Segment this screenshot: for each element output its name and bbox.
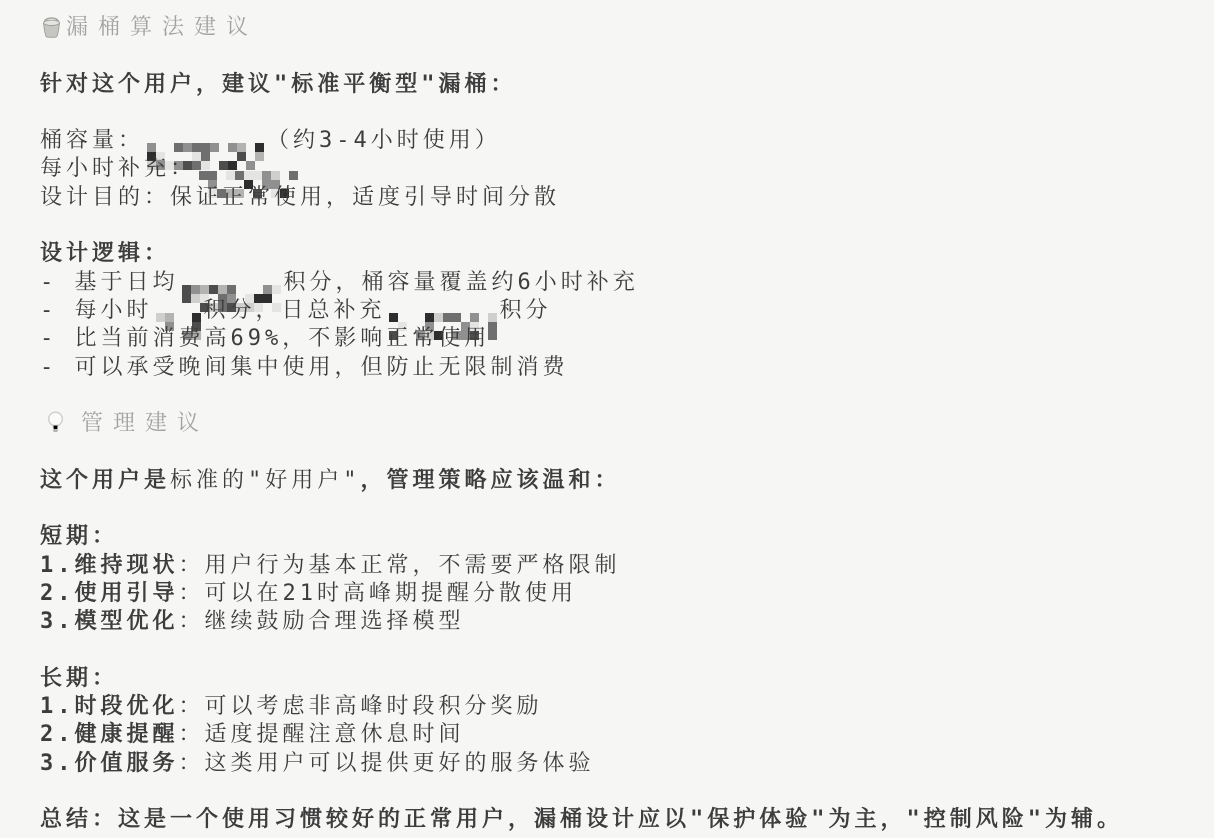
text-segment: 针对这个用户，建议"标准平衡型"漏桶： (40, 72, 517, 97)
text-line: 2.健康提醒：适度提醒注意休息时间 (40, 721, 1204, 749)
text-line: 桶容量：（约3-4小时使用） (40, 127, 1204, 155)
text-segment: - 基于日均 (40, 270, 179, 295)
text-segment: ：可以在21时高峰期提醒分散使用 (179, 581, 578, 606)
text-line: 长期： (40, 665, 1204, 693)
text-segment: 积分 (500, 298, 552, 323)
text-line: 短期： (40, 523, 1204, 551)
text-segment: 设计逻辑： (40, 241, 170, 266)
blank-line (40, 382, 1204, 410)
blank-line (40, 637, 1204, 665)
text-line: 设计目的：保证正常使用，适度引导时间分散 (40, 184, 1204, 212)
text-segment: - 可以承受晚间集中使用，但防止无限制消费 (40, 355, 569, 380)
text-segment: 积分，桶容量覆盖约6小时补充 (284, 270, 639, 295)
text-segment: 积分，日总补充 (204, 298, 386, 323)
section-heading-label: 漏桶算法建议 (66, 15, 258, 40)
blank-line (40, 42, 1204, 70)
text-line: 3.模型优化：继续鼓励合理选择模型 (40, 608, 1204, 636)
section-heading-label: 管理建议 (81, 411, 209, 436)
text-line: 这个用户是标准的"好用户"，管理策略应该温和： (40, 467, 1204, 495)
text-segment: 标准的"好用户" (170, 468, 361, 493)
text-line: 2.使用引导：可以在21时高峰期提醒分散使用 (40, 580, 1204, 608)
bulb-icon (47, 410, 64, 436)
blank-line (40, 438, 1204, 466)
text-segment: 桶容量： (40, 128, 144, 153)
text-line: 针对这个用户，建议"标准平衡型"漏桶： (40, 71, 1204, 99)
text-segment: - 每小时 (40, 298, 153, 323)
text-line: - 比当前消费高69%，不影响正常使用 (40, 325, 1204, 353)
bucket-icon (40, 14, 63, 39)
text-segment: 3.模型优化 (40, 609, 179, 634)
text-segment: 1.维持现状 (40, 553, 179, 578)
text-segment: （约3-4小时使用） (267, 128, 501, 153)
text-line: 3.价值服务：这类用户可以提供更好的服务体验 (40, 750, 1204, 778)
text-line: 1.维持现状：用户行为基本正常，不需要严格限制 (40, 552, 1204, 580)
section-heading: 管理建议 (40, 410, 1204, 438)
text-line: 每小时补充： (40, 155, 1204, 183)
text-segment: 3.价值服务 (40, 751, 179, 776)
text-line: - 基于日均积分，桶容量覆盖约6小时补充 (40, 269, 1204, 297)
text-segment: - 比当前消费高69%，不影响正常使用 (40, 326, 490, 351)
text-segment: 设计目的：保证正常使用，适度引导时间分散 (40, 185, 560, 210)
text-segment: ：适度提醒注意休息时间 (179, 722, 465, 747)
text-segment: 短期： (40, 524, 118, 549)
text-line: - 可以承受晚间集中使用，但防止无限制消费 (40, 354, 1204, 382)
text-segment: ：可以考虑非高峰时段积分奖励 (179, 694, 543, 719)
text-line: 设计逻辑： (40, 240, 1204, 268)
blank-line (40, 212, 1204, 240)
text-segment: 每小时补充： (40, 156, 196, 181)
blank-line (40, 495, 1204, 523)
text-segment: ，管理策略应该温和： (361, 468, 621, 493)
text-segment: 2.使用引导 (40, 581, 179, 606)
blank-line (40, 778, 1204, 806)
text-segment: ：这类用户可以提供更好的服务体验 (179, 751, 595, 776)
text-segment: 1.时段优化 (40, 694, 179, 719)
text-line: 总结：这是一个使用习惯较好的正常用户，漏桶设计应以"保护体验"为主，"控制风险"… (40, 806, 1204, 834)
blank-line (40, 99, 1204, 127)
text-segment: 总结：这是一个使用习惯较好的正常用户，漏桶设计应以"保护体验"为主，"控制风险"… (40, 807, 1123, 832)
section-heading: 漏桶算法建议 (40, 14, 1204, 42)
text-segment: ：用户行为基本正常，不需要严格限制 (179, 553, 621, 578)
text-segment: 2.健康提醒 (40, 722, 179, 747)
text-line: 1.时段优化：可以考虑非高峰时段积分奖励 (40, 693, 1204, 721)
text-segment: 这个用户是 (40, 468, 170, 493)
text-line: - 每小时积分，日总补充积分 (40, 297, 1204, 325)
text-segment: ：继续鼓励合理选择模型 (179, 609, 465, 634)
text-segment: 长期： (40, 666, 118, 691)
document: 漏桶算法建议针对这个用户，建议"标准平衡型"漏桶：桶容量：（约3-4小时使用）每… (0, 0, 1214, 835)
